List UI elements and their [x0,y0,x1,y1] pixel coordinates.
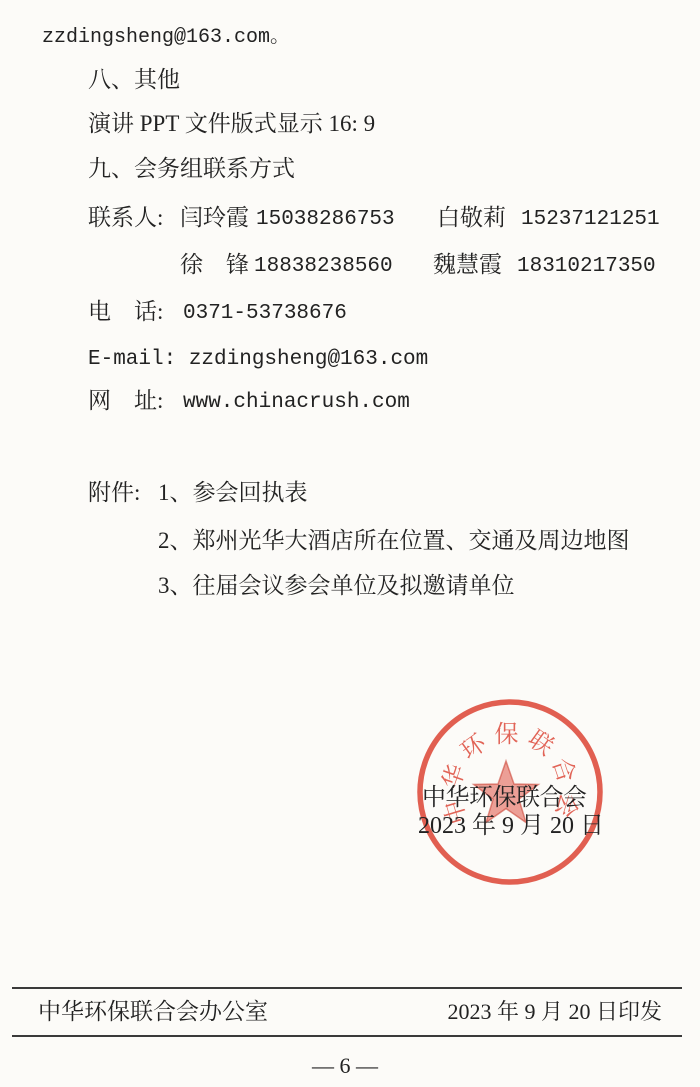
section-heading-contact: 九、会务组联系方式 [88,156,295,182]
signature-org: 中华环保联合会 [422,785,587,813]
page-number: — 6 — [312,1053,378,1078]
website-url: www.chinacrush.com [183,391,410,415]
website-label: 网 址: [88,388,163,414]
section-heading-other: 八、其他 [88,67,180,93]
footer-print-date: 2023 年 9 月 20 日印发 [447,999,662,1024]
contact-name: 闫玲霞 [180,205,249,231]
attachment-item: 2、郑州光华大酒店所在位置、交通及周边地图 [158,528,630,554]
ppt-format-note: 演讲 PPT 文件版式显示 16: 9 [88,111,375,137]
contact-phone: 18310217350 [517,255,656,279]
attachment-item: 1、参会回执表 [158,480,308,506]
contact-label: 联系人: [88,205,163,231]
attachments-label: 附件: [88,480,140,506]
contact-phone: 15038286753 [256,208,395,232]
signature-date: 2023 年 9 月 20 日 [418,813,604,841]
contact-name: 魏慧霞 [433,252,502,278]
attachment-item: 3、往届会议参会单位及拟邀请单位 [158,573,515,599]
footer-rule-bottom [12,1035,682,1037]
document-page: zzdingsheng@163.com。 八、其他 演讲 PPT 文件版式显示 … [0,0,700,1087]
contact-phone: 18838238560 [254,255,393,279]
footer-rule-top [12,987,682,989]
footer-issuer: 中华环保联合会办公室 [38,999,268,1025]
phone-number: 0371-53738676 [183,302,347,326]
continuation-text: zzdingsheng@163.com。 [42,26,290,49]
contact-name: 徐 锋 [180,252,249,278]
contact-phone: 15237121251 [521,208,660,232]
email-line: E-mail: zzdingsheng@163.com [88,348,428,372]
contact-name: 白敬莉 [437,205,506,231]
phone-row-label: 电 话: [88,299,163,325]
